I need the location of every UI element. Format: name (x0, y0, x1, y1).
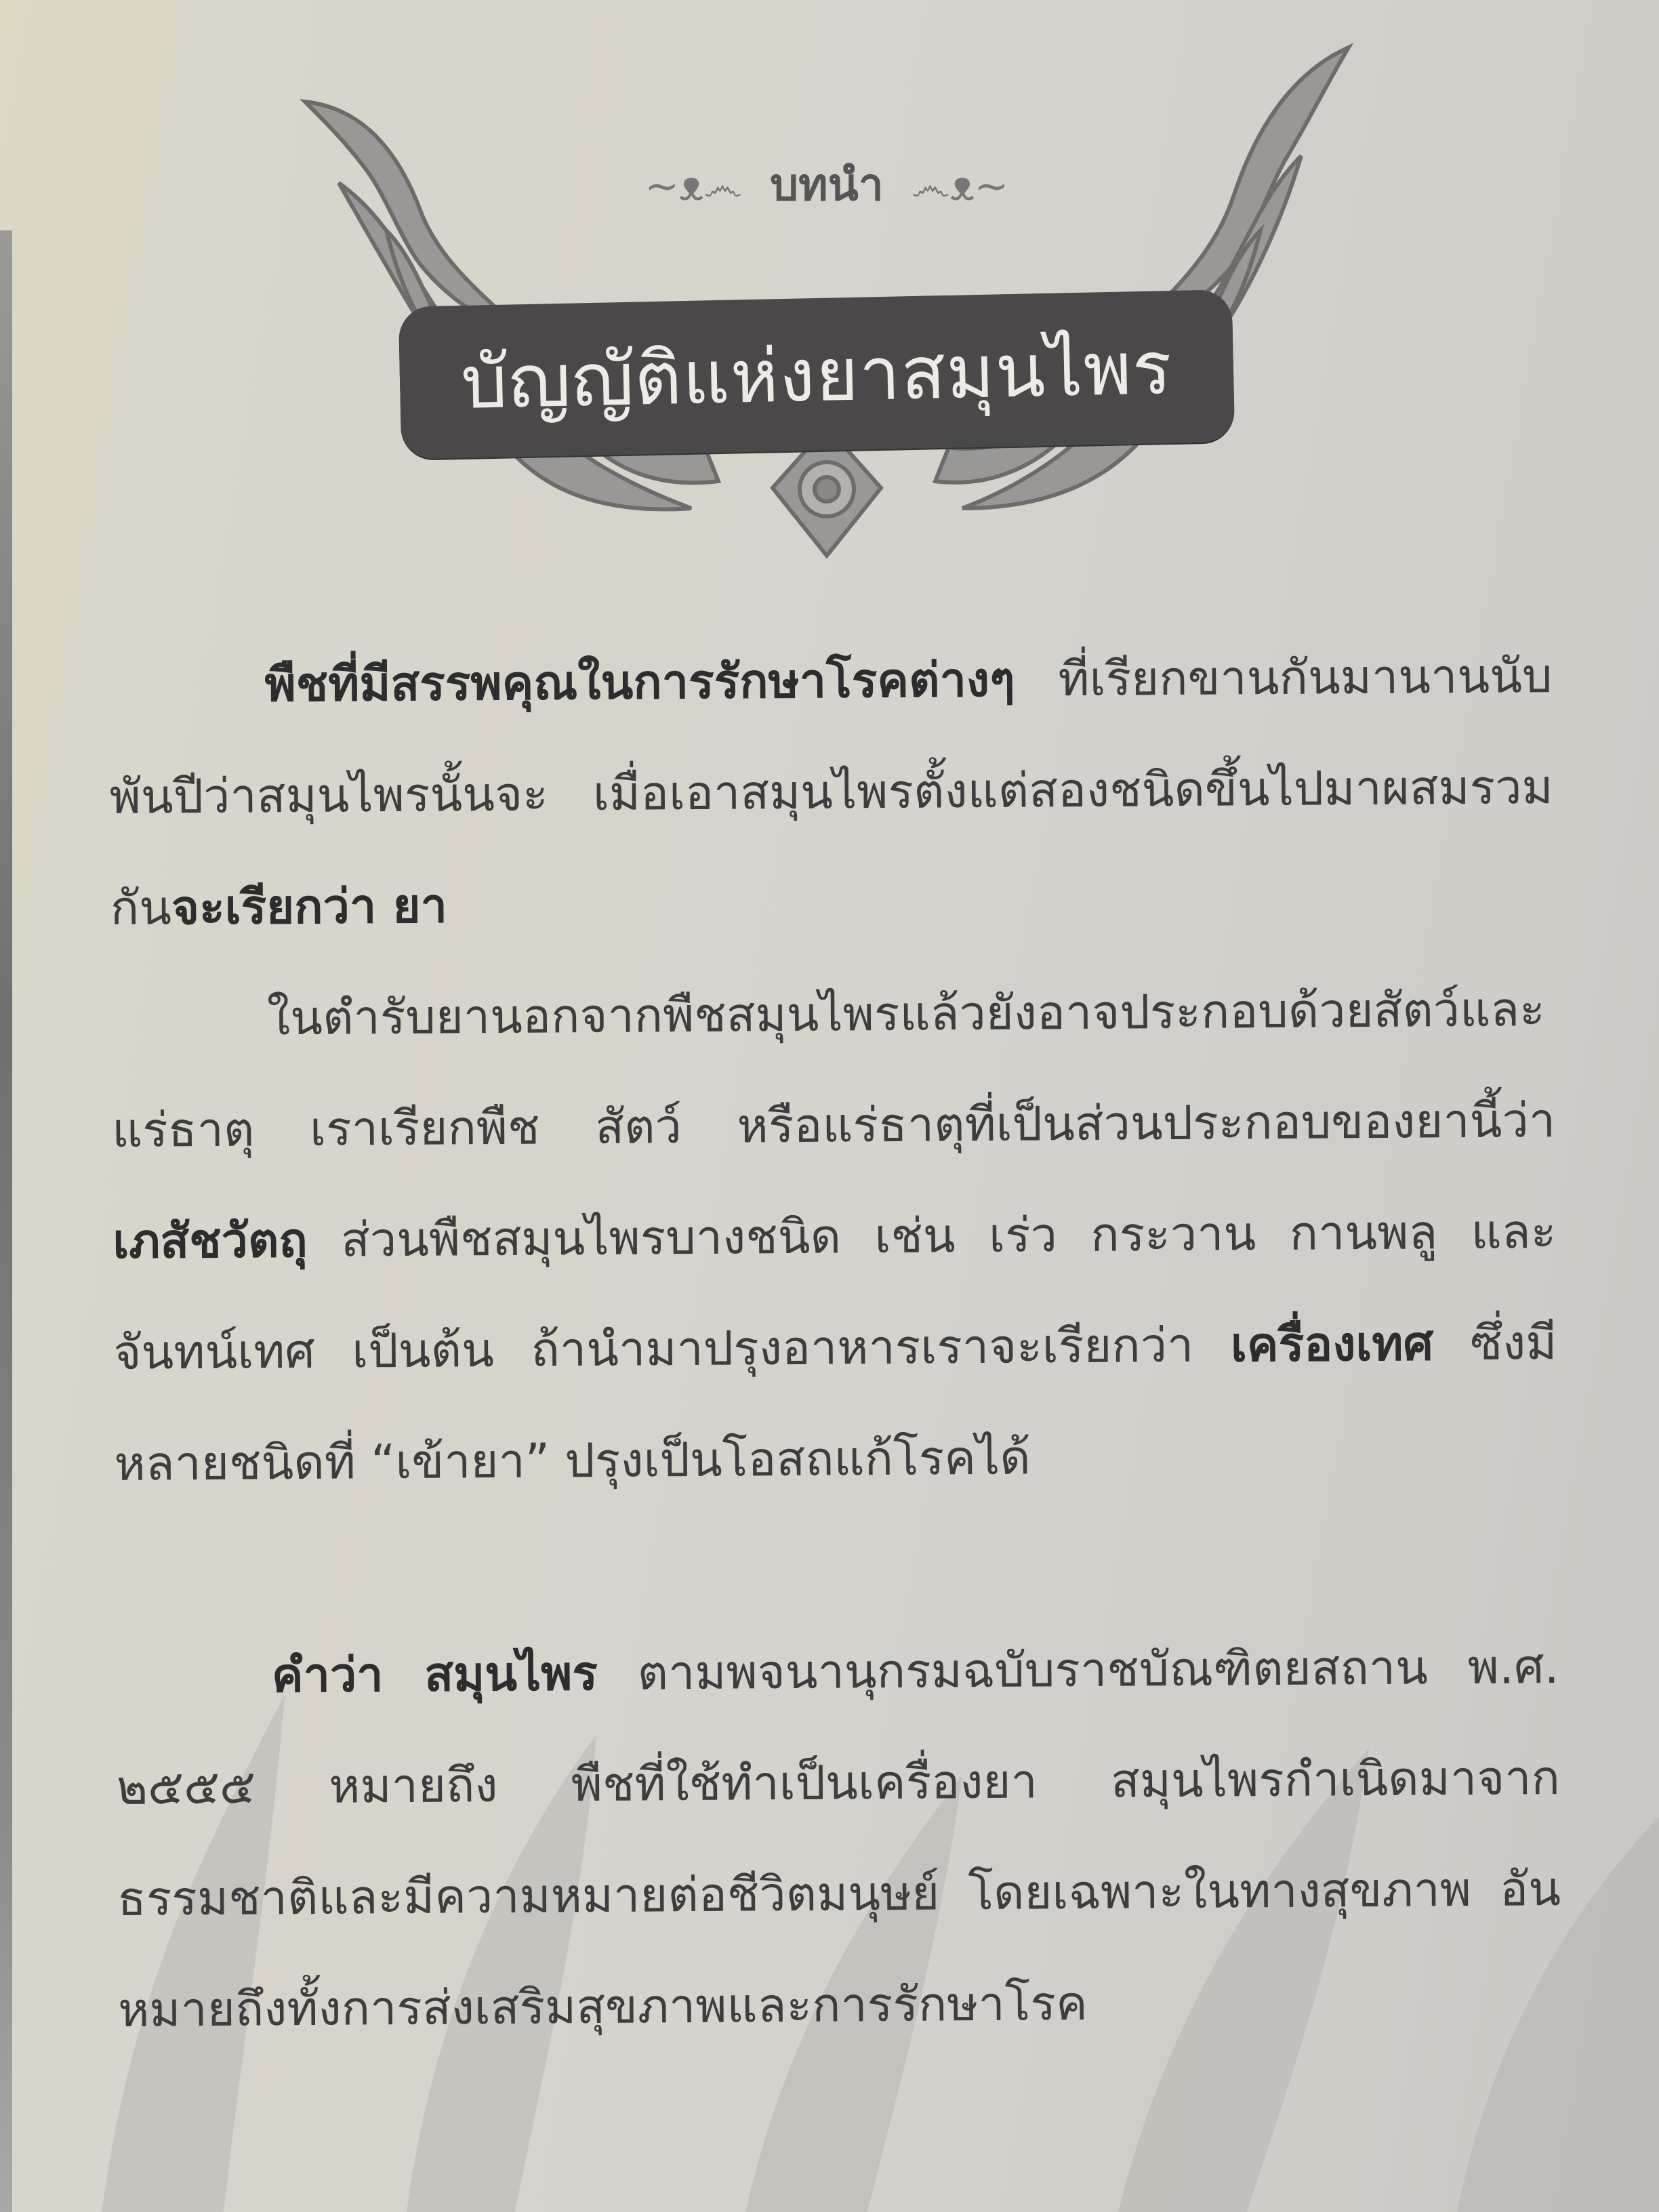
paragraph-gap (115, 1509, 1559, 1621)
bold-term: พืชที่มีสรรพคุณในการรักษาโรคต่างๆ (264, 652, 1015, 713)
page-title: บัญญัติแห่งยาสมุนไพร (459, 309, 1173, 441)
paragraph: ในตำรับยานอกจากพืชสมุนไพรแล้วยังอาจประกอ… (110, 954, 1558, 1519)
kicker-label: บทนำ (770, 159, 884, 211)
chapter-kicker: ~ᴥ෴ บทนำ ෴ᴥ~ (285, 149, 1369, 220)
bold-term: คำว่า สมุนไพร (271, 1645, 598, 1703)
swirl-right-icon: ෴ᴥ~ (912, 163, 1009, 210)
text-run: ในตำรับยานอกจากพืชสมุนไพรแล้วยังอาจประกอ… (112, 981, 1556, 1158)
paragraph: คำว่า สมุนไพร ตามพจนานุกรมฉบับราชบัณฑิตย… (115, 1611, 1562, 2066)
adjacent-page-edge (0, 230, 12, 2212)
swirl-left-icon: ~ᴥ෴ (645, 163, 743, 210)
bold-term: เภสัชวัตถุ (112, 1212, 308, 1269)
paragraph: พืชที่มีสรรพคุณในการรักษาโรคต่างๆ ที่เรี… (108, 620, 1554, 964)
bold-term: เครื่องเทศ (1231, 1315, 1434, 1372)
body-text: พืชที่มีสรรพคุณในการรักษาโรคต่างๆ ที่เรี… (108, 620, 1562, 2066)
title-banner: บัญญัติแห่งยาสมุนไพร (398, 289, 1235, 459)
chapter-header: ~ᴥ෴ บทนำ ෴ᴥ~ บัญญัติแห่งยาสมุนไพร (285, 41, 1369, 569)
bold-term: จะเรียกว่า ยา (171, 878, 447, 936)
